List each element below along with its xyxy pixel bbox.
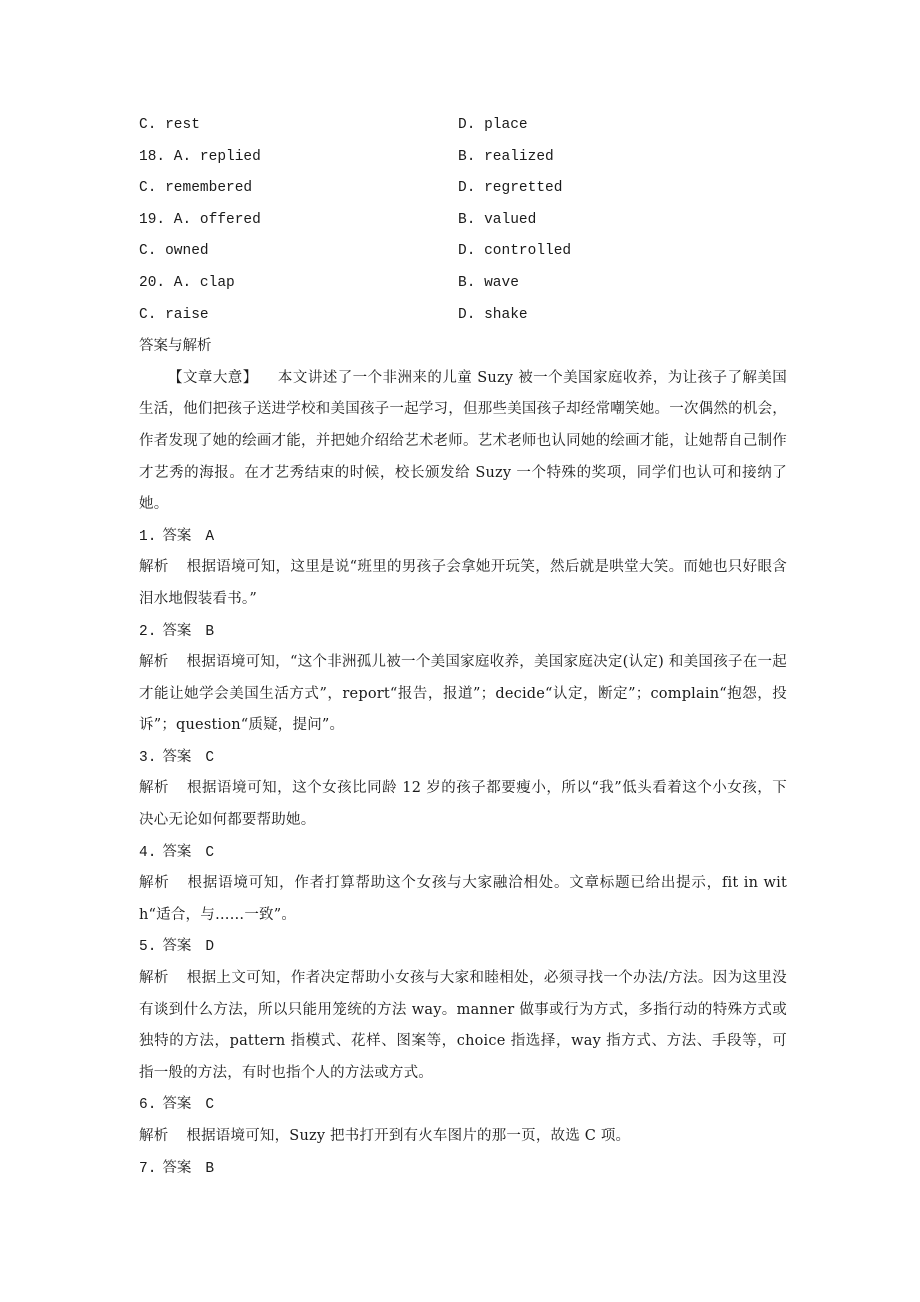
answer-heading: 6.答案C [139,1089,787,1121]
answer-value: B [205,624,214,640]
question-number: 4. [139,845,156,861]
answer-heading: 4.答案C [139,837,787,869]
answer-label: 答案 [162,749,191,765]
analysis-paragraph: 解析根据语境可知，这里是说“班里的男孩子会拿她开玩笑，然后就是哄堂大笑。而她也只… [139,552,787,615]
option-row: 19. A. offered B. valued [139,205,787,237]
option-left: C. remembered [139,173,252,205]
question-number: 1. [139,529,156,545]
option-row: C. remembered D. regretted [139,173,787,205]
option-row: C. raise D. shake [139,300,787,332]
answer-label: 答案 [162,1096,191,1112]
answer-value: D [205,939,214,955]
question-number: 3. [139,750,156,766]
option-row: C. owned D. controlled [139,236,787,268]
answer-value: C [205,1097,214,1113]
answer-label: 答案 [162,938,191,954]
analysis-label: 解析 [139,970,169,986]
answer-heading: 7.答案B [139,1153,787,1185]
analysis-text: 根据语境可知，作者打算帮助这个女孩与大家融洽相处。文章标题已给出提示，fit i… [139,875,787,923]
option-right: D. regretted [458,173,562,205]
option-left: 19. A. offered [139,205,261,237]
answer-heading: 1.答案A [139,521,787,553]
analysis-label: 解析 [139,559,169,575]
option-row: 18. A. replied B. realized [139,142,787,174]
answer-label: 答案 [162,623,191,639]
option-right: B. valued [458,205,536,237]
option-right: B. wave [458,268,519,300]
analysis-paragraph: 解析根据语境可知，作者打算帮助这个女孩与大家融洽相处。文章标题已给出提示，fit… [139,868,787,931]
answer-value: B [205,1161,214,1177]
analysis-text: 根据语境可知，Suzy 把书打开到有火车图片的那一页，故选 C 项。 [186,1128,630,1144]
option-right: D. controlled [458,236,571,268]
option-left: C. rest [139,110,200,142]
summary-text: 本文讲述了一个非洲来的儿童 Suzy 被一个美国家庭收养，为让孩子了解美国生活，… [139,370,787,512]
answer-value: C [205,750,214,766]
option-right: D. place [458,110,528,142]
option-left: C. raise [139,300,209,332]
analysis-text: 根据语境可知，“这个非洲孤儿被一个美国家庭收养，美国家庭决定(认定) 和美国孩子… [139,654,787,733]
analysis-label: 解析 [139,1128,168,1144]
section-title: 答案与解析 [139,331,787,363]
analysis-label: 解析 [139,654,169,670]
summary-label: 【文章大意】 [168,370,258,386]
option-right: B. realized [458,142,554,174]
answer-value: A [205,529,214,545]
option-right: D. shake [458,300,528,332]
question-number: 6. [139,1097,156,1113]
analysis-label: 解析 [139,780,169,796]
answer-heading: 3.答案C [139,742,787,774]
analysis-label: 解析 [139,875,170,891]
question-number: 5. [139,939,156,955]
question-number: 2. [139,624,156,640]
answer-label: 答案 [162,528,191,544]
summary-paragraph: 【文章大意】 本文讲述了一个非洲来的儿童 Suzy 被一个美国家庭收养，为让孩子… [139,363,787,521]
analysis-text: 根据上文可知，作者决定帮助小女孩与大家和睦相处，必须寻找一个办法/方法。因为这里… [139,970,787,1081]
question-number: 7. [139,1161,156,1177]
option-row: C. rest D. place [139,110,787,142]
analysis-text: 根据语境可知，这里是说“班里的男孩子会拿她开玩笑，然后就是哄堂大笑。而她也只好眼… [139,559,787,607]
option-left: C. owned [139,236,209,268]
option-left: 20. A. clap [139,268,235,300]
document-page: C. rest D. place 18. A. replied B. reali… [139,110,787,1184]
answer-heading: 2.答案B [139,616,787,648]
analysis-text: 根据语境可知，这个女孩比同龄 12 岁的孩子都要瘦小，所以“我”低头看着这个小女… [139,780,787,828]
analysis-paragraph: 解析根据语境可知，Suzy 把书打开到有火车图片的那一页，故选 C 项。 [139,1121,787,1153]
answer-label: 答案 [162,1160,191,1176]
answer-value: C [205,845,214,861]
option-left: 18. A. replied [139,142,261,174]
option-row: 20. A. clap B. wave [139,268,787,300]
analysis-paragraph: 解析根据上文可知，作者决定帮助小女孩与大家和睦相处，必须寻找一个办法/方法。因为… [139,963,787,1089]
analysis-paragraph: 解析根据语境可知，这个女孩比同龄 12 岁的孩子都要瘦小，所以“我”低头看着这个… [139,773,787,836]
answer-label: 答案 [162,844,191,860]
answer-heading: 5.答案D [139,931,787,963]
analysis-paragraph: 解析根据语境可知，“这个非洲孤儿被一个美国家庭收养，美国家庭决定(认定) 和美国… [139,647,787,742]
